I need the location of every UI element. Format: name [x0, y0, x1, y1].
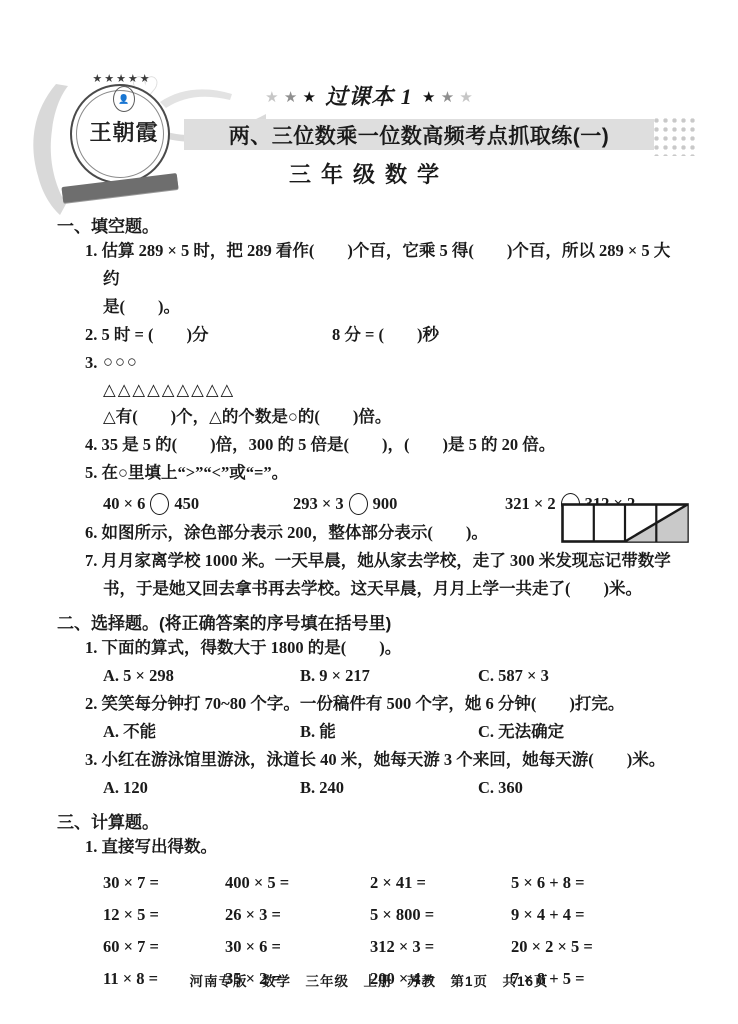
question-s1q1-line1: 1. 估算 289 × 5 时，把 289 看作( )个百，它乘 5 得( )个…	[57, 237, 685, 293]
star-icon: ★	[284, 88, 297, 106]
equation: 312 × 3 =	[370, 931, 511, 963]
s2q3-options: A. 120 B. 240 C. 360	[57, 774, 685, 802]
question-s1q6-wrap: 6. 如图所示，涂色部分表示 200，整体部分表示( )。	[57, 519, 685, 547]
fraction-bar-figure	[561, 503, 689, 543]
brand-name: 王朝霞	[62, 116, 186, 147]
halftone-dots-decoration	[652, 116, 698, 156]
s1q2-right: 8 分 = ( )秒	[332, 321, 439, 349]
equation: 2 × 41 =	[370, 867, 511, 899]
option-b: B. 能	[300, 718, 478, 746]
equation: 400 × 5 =	[225, 867, 370, 899]
star-icon: ★	[459, 88, 472, 106]
equation: 60 × 7 =	[103, 931, 225, 963]
triangle-shapes: △△△△△△△△△	[57, 377, 685, 403]
option-b: B. 240	[300, 774, 478, 802]
section2-heading: 二、选择题。(将正确答案的序号填在括号里)	[57, 609, 685, 634]
equation: 30 × 7 =	[103, 867, 225, 899]
option-b: B. 9 × 217	[300, 662, 478, 690]
compare-right: 450	[174, 489, 199, 519]
section3-heading: 三、计算题。	[57, 808, 685, 833]
question-s1q7-line2: 书，于是她又回去拿书再去学校。这天早晨，月月上学一共走了( )米。	[57, 575, 685, 603]
paper-title: 两、三位数乘一位数高频考点抓取练(一)	[229, 120, 610, 150]
series-title-line: ★ ★ ★ 过课本 1 ★ ★ ★	[0, 80, 738, 111]
equation: 5 × 800 =	[370, 899, 511, 931]
compare-left: 40 × 6	[103, 489, 145, 519]
worksheet-body: 一、填空题。 1. 估算 289 × 5 时，把 289 看作( )个百，它乘 …	[57, 206, 685, 995]
question-s1q7-line1: 7. 月月家离学校 1000 米。一天早晨，她从家去学校，走了 300 米发现忘…	[57, 547, 685, 575]
question-s1q1-line2: 是( )。	[57, 293, 685, 321]
star-icon: ★	[422, 88, 435, 106]
series-title: 过课本 1	[321, 84, 417, 109]
equation: 9 × 4 + 4 =	[511, 899, 685, 931]
option-c: C. 587 × 3	[478, 662, 549, 690]
worksheet-page: ♡ ★★★★★ 👤 王朝霞 ★ ★ ★ 过课本 1 ★ ★ ★ 两、三位数乘一位…	[0, 0, 738, 1024]
question-s1q2: 2. 5 时 = ( )分 8 分 = ( )秒	[57, 321, 685, 349]
s2q1-options: A. 5 × 298 B. 9 × 217 C. 587 × 3	[57, 662, 685, 690]
compare-item: 293 × 3 900	[293, 489, 505, 519]
question-s2q1: 1. 下面的算式，得数大于 1800 的是( )。	[57, 634, 685, 662]
option-a: A. 不能	[103, 718, 300, 746]
equation: 5 × 6 + 8 =	[511, 867, 685, 899]
option-a: A. 120	[103, 774, 300, 802]
option-a: A. 5 × 298	[103, 662, 300, 690]
question-s1q5: 5. 在○里填上“>”“<”或“=”。	[57, 459, 685, 487]
page-footer: 河南专版 数学 三年级 上册 苏教 第1页 共16页	[0, 970, 738, 990]
equation: 12 × 5 =	[103, 899, 225, 931]
section1-heading: 一、填空题。	[57, 212, 685, 237]
question-s1q4: 4. 35 是 5 的( )倍，300 的 5 倍是( )，( )是 5 的 2…	[57, 431, 685, 459]
star-icon: ★	[441, 88, 454, 106]
s3-sub-heading: 1. 直接写出得数。	[57, 833, 685, 861]
circle-shapes: ○○○	[103, 349, 139, 377]
question-s1q3-circles-row: 3. ○○○	[57, 349, 685, 377]
option-c: C. 无法确定	[478, 718, 564, 746]
answer-circle[interactable]	[349, 493, 368, 515]
s1q2-left: 2. 5 时 = ( )分	[85, 321, 332, 349]
equation: 30 × 6 =	[225, 931, 370, 963]
option-c: C. 360	[478, 774, 523, 802]
compare-item: 40 × 6 450	[103, 489, 293, 519]
star-icon: ★	[303, 88, 316, 106]
s2q2-options: A. 不能 B. 能 C. 无法确定	[57, 718, 685, 746]
equation: 26 × 3 =	[225, 899, 370, 931]
question-s2q3: 3. 小红在游泳馆里游泳，泳道长 40 米，她每天游 3 个来回，她每天游( )…	[57, 746, 685, 774]
star-icon: ★	[265, 88, 278, 106]
equation: 20 × 2 × 5 =	[511, 931, 685, 963]
question-s2q2: 2. 笑笑每分钟打 70~80 个字。一份稿件有 500 个字，她 6 分钟( …	[57, 690, 685, 718]
compare-left: 293 × 3	[293, 489, 344, 519]
compare-right: 900	[373, 489, 398, 519]
answer-circle[interactable]	[150, 493, 169, 515]
paper-title-banner: 两、三位数乘一位数高频考点抓取练(一)	[184, 119, 654, 150]
s1q3-number: 3.	[85, 349, 103, 377]
compare-left: 321 × 2	[505, 489, 556, 519]
question-s1q3-text: △有( )个，△的个数是○的( )倍。	[57, 403, 685, 431]
grade-title: 三年级数学	[0, 158, 738, 189]
